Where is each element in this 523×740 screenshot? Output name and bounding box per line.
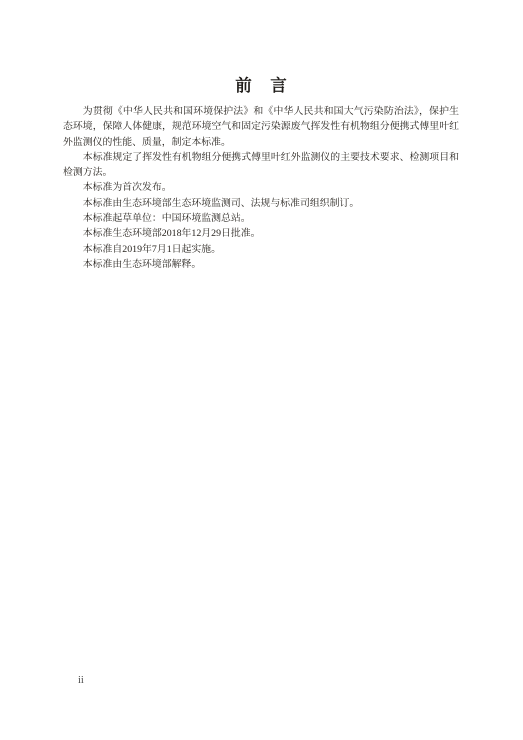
paragraph: 本标准由生态环境部生态环境监测司、法规与标准司组织制订。 [63, 196, 459, 211]
paragraph: 本标准为首次发布。 [63, 180, 459, 195]
paragraph: 本标准由生态环境部解释。 [63, 257, 459, 272]
paragraph: 本标准起草单位：中国环境监测总站。 [63, 211, 459, 226]
paragraph: 本标准自2019年7月1日起实施。 [63, 242, 459, 257]
page-number: ii [78, 675, 84, 686]
document-page: 前 言 为贯彻《中华人民共和国环境保护法》和《中华人民共和国大气污染防治法》，保… [0, 0, 523, 740]
preface-body: 为贯彻《中华人民共和国环境保护法》和《中华人民共和国大气污染防治法》，保护生态环… [63, 104, 459, 272]
paragraph: 本标准生态环境部2018年12月29日批准。 [63, 226, 459, 241]
paragraph: 本标准规定了挥发性有机物组分便携式傅里叶红外监测仪的主要技术要求、检测项目和检测… [63, 150, 459, 181]
page-title: 前 言 [0, 72, 523, 96]
paragraph: 为贯彻《中华人民共和国环境保护法》和《中华人民共和国大气污染防治法》，保护生态环… [63, 104, 459, 150]
